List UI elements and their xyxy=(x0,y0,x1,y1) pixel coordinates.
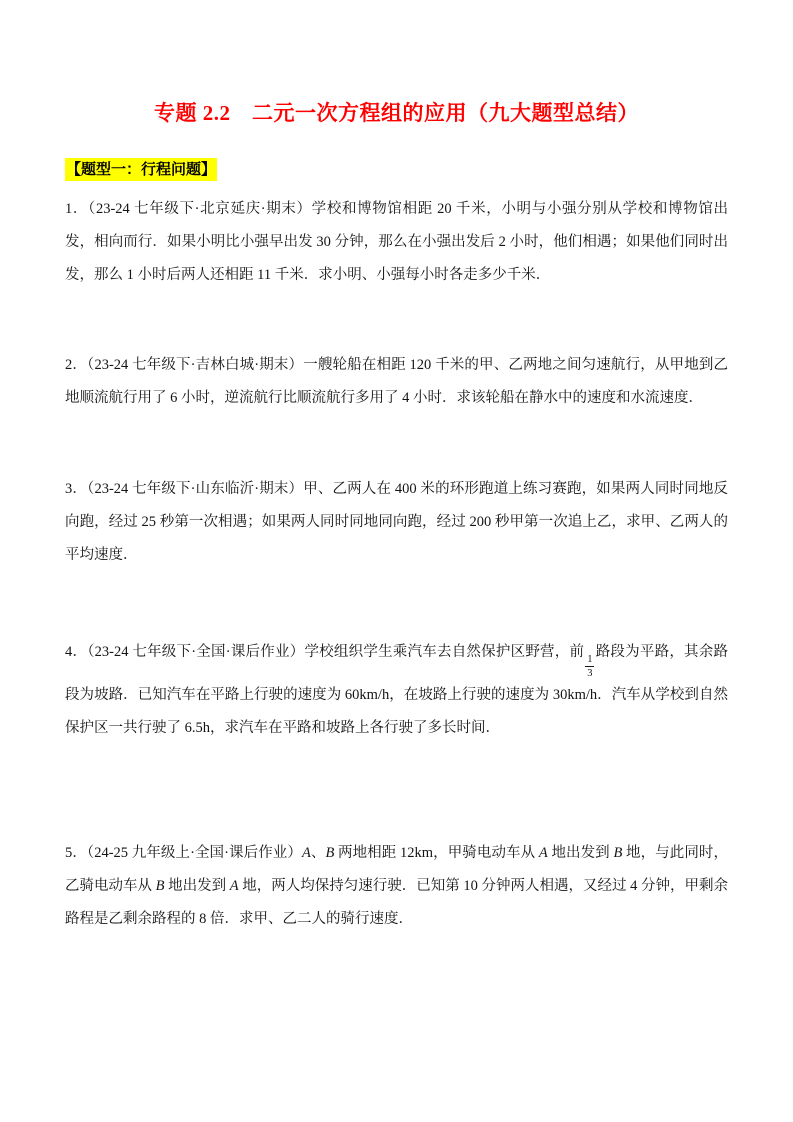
page-title: 专题 2.2 二元一次方程组的应用（九大题型总结） xyxy=(65,100,728,127)
section-header: 【题型一：行程问题】 xyxy=(65,158,217,181)
problem-run: B xyxy=(325,845,334,861)
section-header-row: 【题型一：行程问题】 xyxy=(65,158,728,181)
problem-3: 3．（23-24 七年级下·山东临沂·期末）甲、乙两人在 400 米的环形跑道上… xyxy=(65,473,728,572)
problem-run: 3．（23-24 七年级下·山东临沂·期末）甲、乙两人在 400 米的环形跑道上… xyxy=(65,481,728,563)
problem-run: 、 xyxy=(311,845,326,861)
problem-run: 5．（24-25 九年级上·全国·课后作业） xyxy=(65,845,302,861)
problem-run: 地出发到 xyxy=(548,845,614,861)
problem-run: 1．（23-24 七年级下·北京延庆·期末）学校和博物馆相距 20 千米，小明与… xyxy=(65,201,728,283)
problem-run: B xyxy=(156,878,165,894)
fraction-numerator: 1 xyxy=(585,654,594,667)
problem-run: B xyxy=(613,845,622,861)
problem-5: 5．（24-25 九年级上·全国·课后作业）A、B 两地相距 12km，甲骑电动… xyxy=(65,837,728,936)
problem-run: 2．（23-24 七年级下·吉林白城·期末）一艘轮船在相距 120 千米的甲、乙… xyxy=(65,357,728,406)
fraction-denominator: 3 xyxy=(587,667,592,679)
problem-run: 4．（23-24 七年级下·全国·课后作业）学校组织学生乘汽车去自然保护区野营，… xyxy=(65,644,584,660)
problem-run: A xyxy=(230,878,239,894)
problem-run: 地出发到 xyxy=(165,878,230,894)
problem-1: 1．（23-24 七年级下·北京延庆·期末）学校和博物馆相距 20 千米，小明与… xyxy=(65,193,728,292)
document-page: 专题 2.2 二元一次方程组的应用（九大题型总结） 【题型一：行程问题】 1．（… xyxy=(0,0,793,1122)
problem-2: 2．（23-24 七年级下·吉林白城·期末）一艘轮船在相距 120 千米的甲、乙… xyxy=(65,349,728,415)
problem-4: 4．（23-24 七年级下·全国·课后作业）学校组织学生乘汽车去自然保护区野营，… xyxy=(65,636,728,745)
problem-run: A xyxy=(539,845,548,861)
problem-run: 两地相距 12km，甲骑电动车从 xyxy=(334,845,539,861)
problem-run: A xyxy=(302,845,311,861)
fraction: 13 xyxy=(585,654,594,679)
problems-list: 1．（23-24 七年级下·北京延庆·期末）学校和博物馆相距 20 千米，小明与… xyxy=(65,193,728,936)
